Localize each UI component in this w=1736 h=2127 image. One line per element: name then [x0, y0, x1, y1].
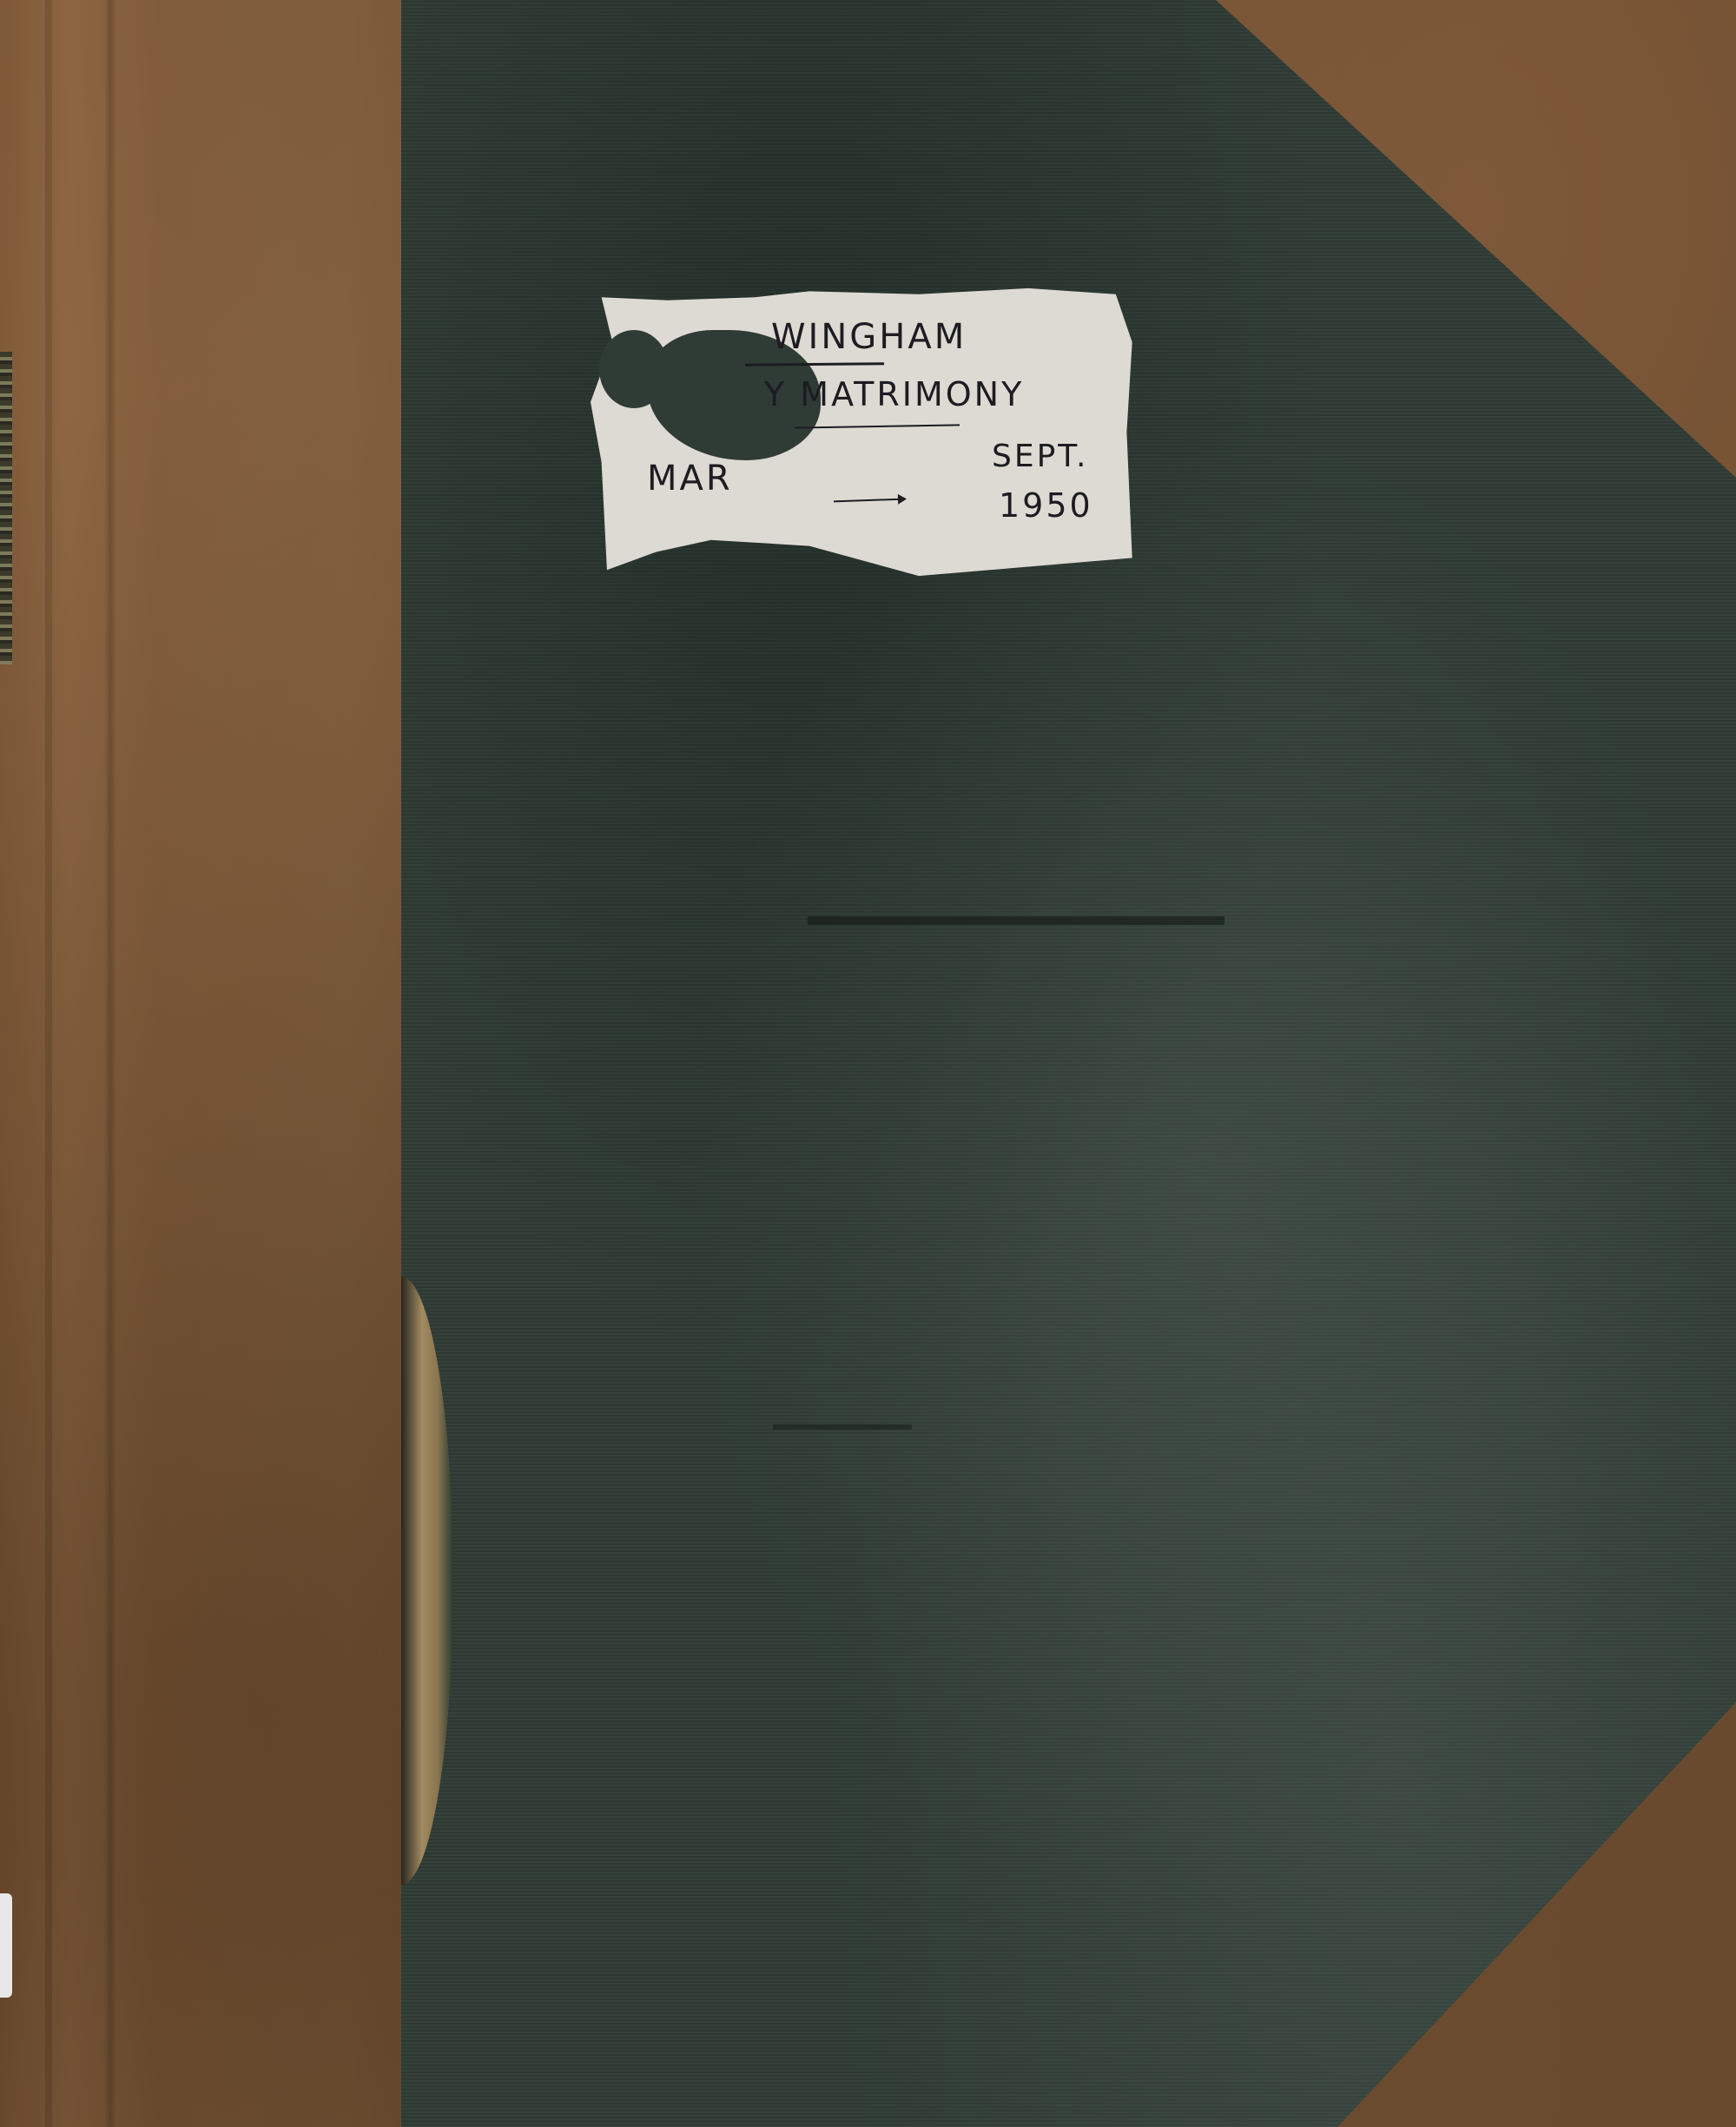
label-damage	[599, 330, 669, 408]
scuff-mark	[808, 916, 1224, 925]
spine-worn-strip	[0, 352, 12, 664]
label-end-month: SEPT.	[992, 439, 1088, 474]
label-place: WINGHAM	[771, 317, 967, 357]
spine-hinge	[104, 0, 116, 2127]
page-edge	[0, 1893, 12, 1998]
spine-ridge	[45, 0, 52, 2127]
scuff-mark	[773, 1424, 912, 1430]
label-year: 1950	[999, 486, 1093, 525]
label-start-month: MAR	[647, 459, 733, 499]
label-title: Y MATRIMONY	[764, 375, 1024, 413]
